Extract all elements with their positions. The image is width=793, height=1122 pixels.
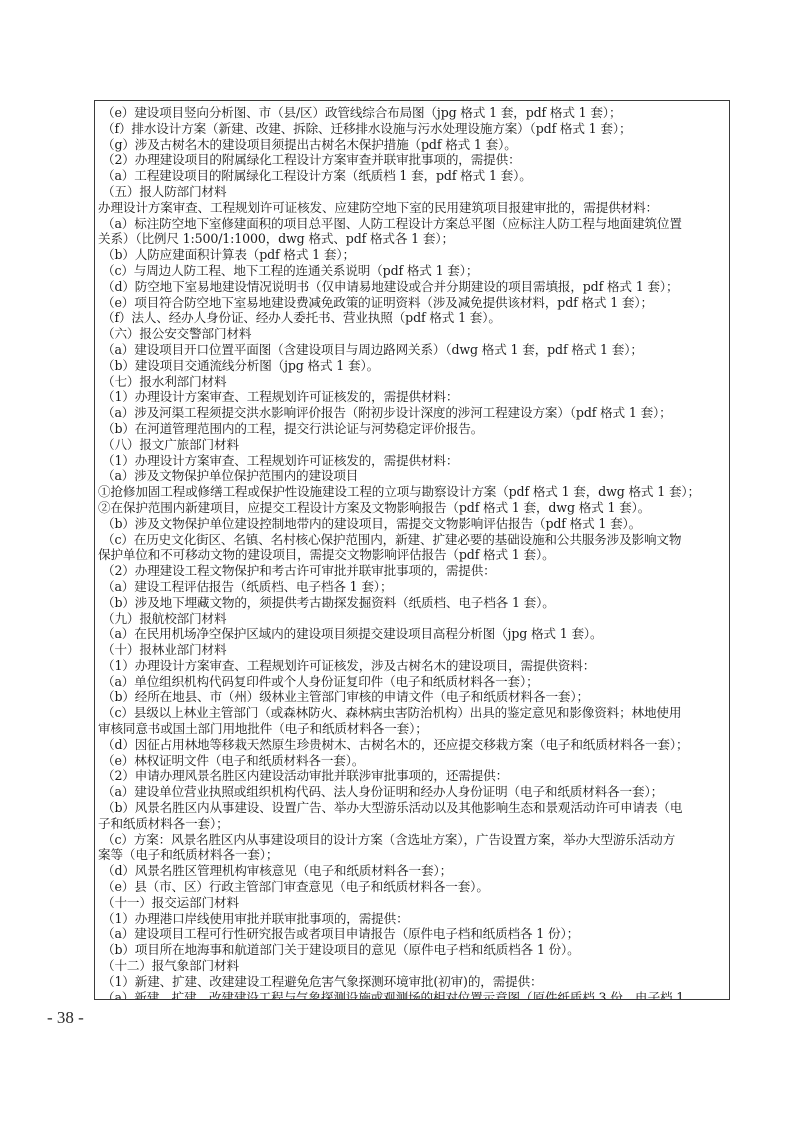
document-line: （a）建设项目工程可行性研究报告或者项目申请报告（原件电子档和纸质档各 1 份）… [98,926,726,942]
document-line: （c）县级以上林业主管部门（或森林防火、森林病虫害防治机构）出具的鉴定意见和影像… [98,705,726,721]
document-line: （a）标注防空地下室修建面积的项目总平图、人防工程设计方案总平图（应标注人防工程… [98,216,726,232]
document-line: （e）县（市、区）行政主管部门审查意见（电子和纸质材料各一套）。 [98,879,726,895]
document-line: （g）涉及古树名木的建设项目须提出古树名木保护措施（pdf 格式 1 套）。 [98,137,726,153]
document-line: （c）方案：风景名胜区内从事建设项目的设计方案（含选址方案），广告设置方案，举办… [98,832,726,848]
document-line: （b）人防应建面积计算表（pdf 格式 1 套）； [98,247,726,263]
document-content-box: （e）建设项目竖向分析图、市（县/区）政管线综合布局图（jpg 格式 1 套，p… [94,100,730,1000]
document-line: ①抢修加固工程或修缮工程或保护性设施建设工程的立项与勘察设计方案（pdf 格式 … [98,484,726,500]
document-line: 子和纸质材料各一套）； [98,816,726,832]
document-line: （七）报水利部门材料 [98,374,726,390]
document-line: （e）项目符合防空地下室易地建设费减免政策的证明资料（涉及减免提供该材料，pdf… [98,295,726,311]
document-line: （a）在民用机场净空保护区域内的建设项目须提交建设项目高程分析图（jpg 格式 … [98,626,726,642]
document-line: 办理设计方案审查、工程规划许可证核发、应建防空地下室的民用建筑项目报建审批的，需… [98,200,726,216]
document-line: （a）涉及文物保护单位保护范围内的建设项目 [98,468,726,484]
page-number: - 38 - [47,1008,84,1028]
document-line: （a）单位组织机构代码复印件或个人身份证复印件（电子和纸质材料各一套）； [98,674,726,690]
document-line: （d）因征占用林地等移栽天然原生珍贵树木、古树名木的，还应提交移栽方案（电子和纸… [98,737,726,753]
document-line: （十）报林业部门材料 [98,642,726,658]
document-line: （a）新建、扩建、改建建设工程与气象探测设施或观测场的相对位置示意图（原件纸质档… [98,990,726,1000]
document-line: （b）经所在地县、市（州）级林业主管部门审核的申请文件（电子和纸质材料各一套）； [98,689,726,705]
document-line: （1）办理设计方案审查、工程规划许可证核发的，需提供材料： [98,389,726,405]
document-line: （b）涉及文物保护单位建设控制地带内的建设项目，需提交文物影响评估报告（pdf … [98,516,726,532]
document-line: （b）风景名胜区内从事建设、设置广告、举办大型游乐活动以及其他影响生态和景观活动… [98,800,726,816]
document-line: （八）报文广旅部门材料 [98,437,726,453]
document-line: （十二）报气象部门材料 [98,958,726,974]
document-line: （a）建设项目开口位置平面图（含建设项目与周边路网关系）（dwg 格式 1 套，… [98,342,726,358]
document-line: 审核同意书或国土部门用地批件（电子和纸质材料各一套）； [98,721,726,737]
document-line: （e）林权证明文件（电子和纸质材料各一套）。 [98,753,726,769]
document-line: （d）防空地下室易地建设情况说明书（仅申请易地建设或合并分期建设的项目需填报，p… [98,279,726,295]
document-line: （b）建设项目交通流线分析图（jpg 格式 1 套）。 [98,358,726,374]
document-line: （f）法人、经办人身份证、经办人委托书、营业执照（pdf 格式 1 套）。 [98,310,726,326]
document-line: （1）办理港口岸线使用审批并联审批事项的，需提供： [98,911,726,927]
document-line: （b）涉及地下埋藏文物的，须提供考古勘探发掘资料（纸质档、电子档各 1 套）。 [98,595,726,611]
document-line: （五）报人防部门材料 [98,184,726,200]
document-line: （b）项目所在地海事和航道部门关于建设项目的意见（原件电子档和纸质档各 1 份）… [98,942,726,958]
document-line: （a）工程建设项目的附属绿化工程设计方案（纸质档 1 套，pdf 格式 1 套）… [98,168,726,184]
document-line: （1）新建、扩建、改建建设工程避免危害气象探测环境审批(初审)的，需提供： [98,974,726,990]
document-line: （a）建设单位营业执照或组织机构代码、法人身份证明和经办人身份证明（电子和纸质材… [98,784,726,800]
document-line: （d）风景名胜区管理机构审核意见（电子和纸质材料各一套）； [98,863,726,879]
document-line: （b）在河道管理范围内的工程，提交行洪论证与河势稳定评价报告。 [98,421,726,437]
document-line: （a）建设工程评估报告（纸质档、电子档各 1 套）； [98,579,726,595]
document-line: （十一）报交运部门材料 [98,895,726,911]
document-line: （c）与周边人防工程、地下工程的连通关系说明（pdf 格式 1 套）； [98,263,726,279]
document-line: 保护单位和不可移动文物的建设项目，需提交文物影响评估报告（pdf 格式 1 套）… [98,547,726,563]
document-line: 关系）（比例尺 1:500/1:1000，dwg 格式、pdf 格式各 1 套）… [98,231,726,247]
document-line: （c）在历史文化街区、名镇、名村核心保护范围内，新建、扩建必要的基础设施和公共服… [98,532,726,548]
document-line: （2）办理建设项目的附属绿化工程设计方案审查并联审批事项的，需提供： [98,152,726,168]
document-line: （e）建设项目竖向分析图、市（县/区）政管线综合布局图（jpg 格式 1 套，p… [98,105,726,121]
document-line: 案等（电子和纸质材料各一套）； [98,847,726,863]
document-line: ②在保护范围内新建项目，应提交工程设计方案及文物影响报告（pdf 格式 1 套，… [98,500,726,516]
document-line: （1）办理设计方案审查、工程规划许可证核发，涉及古树名木的建设项目，需提供资料： [98,658,726,674]
document-line: （1）办理设计方案审查、工程规划许可证核发的，需提供材料： [98,453,726,469]
document-line: （六）报公安交警部门材料 [98,326,726,342]
document-line: （九）报航校部门材料 [98,611,726,627]
document-line: （2）申请办理风景名胜区内建设活动审批并联涉审批事项的，还需提供： [98,768,726,784]
document-line: （2）办理建设工程文物保护和考古许可审批并联审批事项的，需提供： [98,563,726,579]
document-line: （a）涉及河渠工程须提交洪水影响评价报告（附初步设计深度的涉河工程建设方案）（p… [98,405,726,421]
document-line: （f）排水设计方案（新建、改建、拆除、迁移排水设施与污水处理设施方案）（pdf … [98,121,726,137]
